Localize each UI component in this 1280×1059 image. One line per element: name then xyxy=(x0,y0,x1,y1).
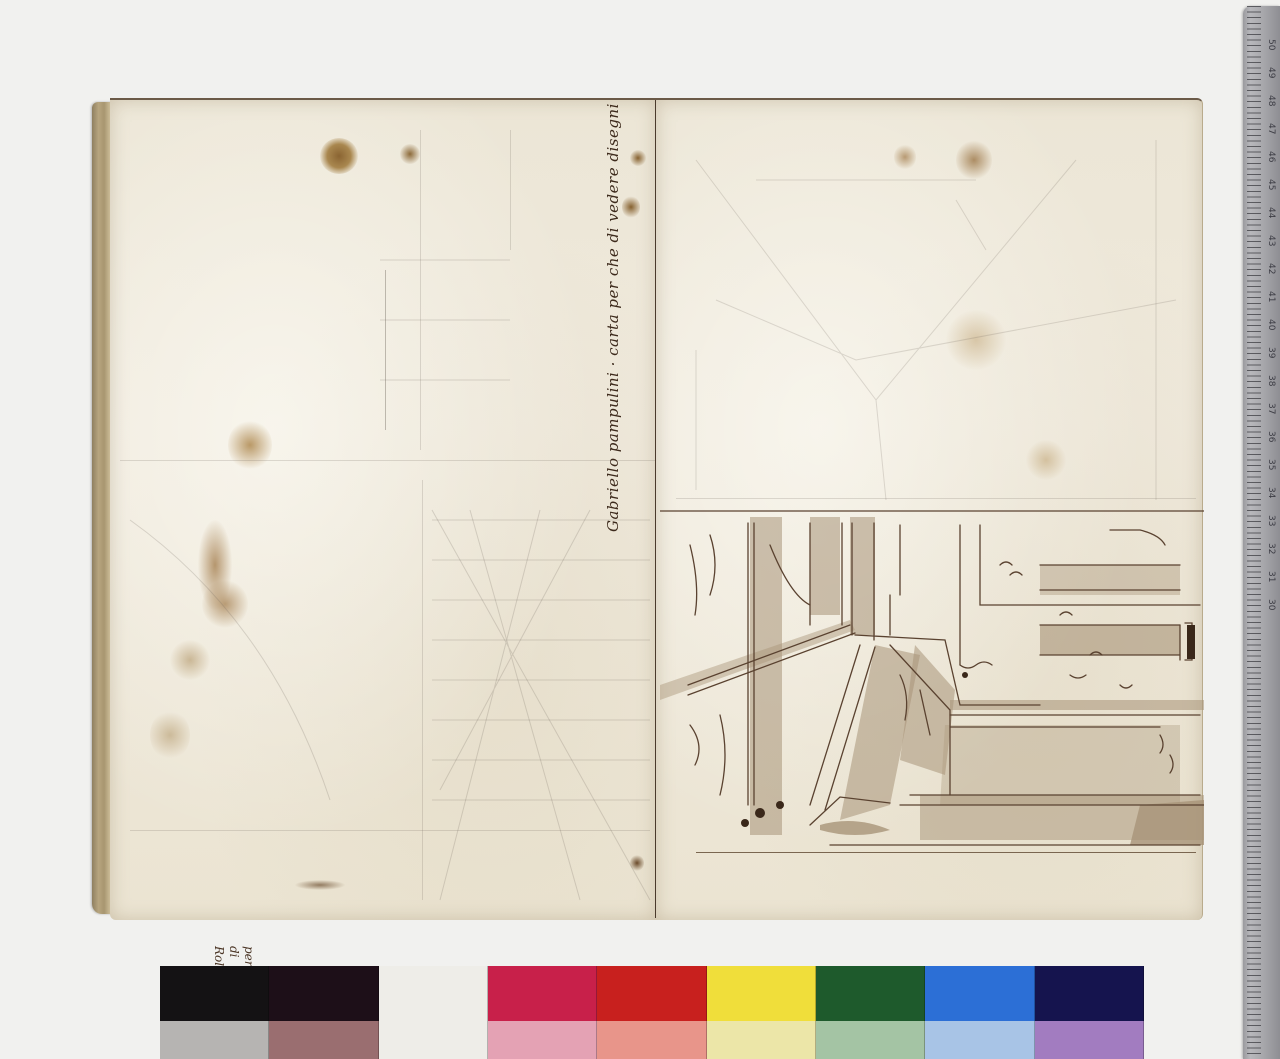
ruler-label: 44 xyxy=(1266,207,1276,223)
swatch-red xyxy=(597,966,706,1021)
ruler-label: 45 xyxy=(1266,179,1276,195)
ruler-ticks xyxy=(1247,6,1261,1059)
swatch-white xyxy=(379,966,488,1021)
ruler-label: 37 xyxy=(1266,403,1276,419)
swatch-salmon xyxy=(597,1021,706,1059)
ruler-label: 43 xyxy=(1266,235,1276,251)
graphite-perspective-sketch xyxy=(110,100,656,920)
swatch-pale-yellow xyxy=(707,1021,816,1059)
swatch-row-pastel xyxy=(160,1021,1144,1059)
ruler-label: 38 xyxy=(1266,375,1276,391)
ruler-label: 32 xyxy=(1266,543,1276,559)
ruler-label: 49 xyxy=(1266,67,1276,83)
ruler-label: 30 xyxy=(1266,599,1276,615)
ruler-label: 41 xyxy=(1266,291,1276,307)
swatch-crimson xyxy=(488,966,597,1021)
swatch-dark-purple-black xyxy=(269,966,378,1021)
color-calibration-chart xyxy=(160,966,1144,1059)
ruler-label: 42 xyxy=(1266,263,1276,279)
left-page: Gabriello pampulini · carta per che di v… xyxy=(110,98,656,920)
swatch-row-saturated xyxy=(160,966,1144,1021)
ruler-label: 50 xyxy=(1266,39,1276,55)
ruler-label: 36 xyxy=(1266,431,1276,447)
swatch-pink xyxy=(488,1021,597,1059)
handwritten-inscription: Gabriello pampulini · carta per che di v… xyxy=(604,92,634,532)
ruler-label: 48 xyxy=(1266,95,1276,111)
swatch-sage xyxy=(816,1021,925,1059)
ruler-label: 33 xyxy=(1266,515,1276,531)
swatch-green xyxy=(816,966,925,1021)
swatch-blue xyxy=(925,966,1034,1021)
swatch-white xyxy=(379,1021,488,1059)
swatch-gray xyxy=(160,1021,269,1059)
ruler-label: 35 xyxy=(1266,459,1276,475)
swatch-yellow xyxy=(707,966,816,1021)
swatch-mauve xyxy=(269,1021,378,1059)
swatch-lavender xyxy=(1035,1021,1144,1059)
graphite-vault-sketch xyxy=(656,100,1202,520)
swatch-light-blue xyxy=(925,1021,1034,1059)
photograph-scene: Gabriello pampulini · carta per che di v… xyxy=(0,0,1280,1059)
ruler-label: 34 xyxy=(1266,487,1276,503)
ruler-label: 40 xyxy=(1266,319,1276,335)
ruler-label: 46 xyxy=(1266,151,1276,167)
ink-ceiling-drawing xyxy=(660,505,1204,853)
measuring-ruler: 50 49 48 47 46 45 44 43 42 41 40 39 38 3… xyxy=(1243,6,1280,1059)
ruler-label: 31 xyxy=(1266,571,1276,587)
ruler-label: 39 xyxy=(1266,347,1276,363)
swatch-black xyxy=(160,966,269,1021)
ruler-label: 47 xyxy=(1266,123,1276,139)
swatch-navy xyxy=(1035,966,1144,1021)
